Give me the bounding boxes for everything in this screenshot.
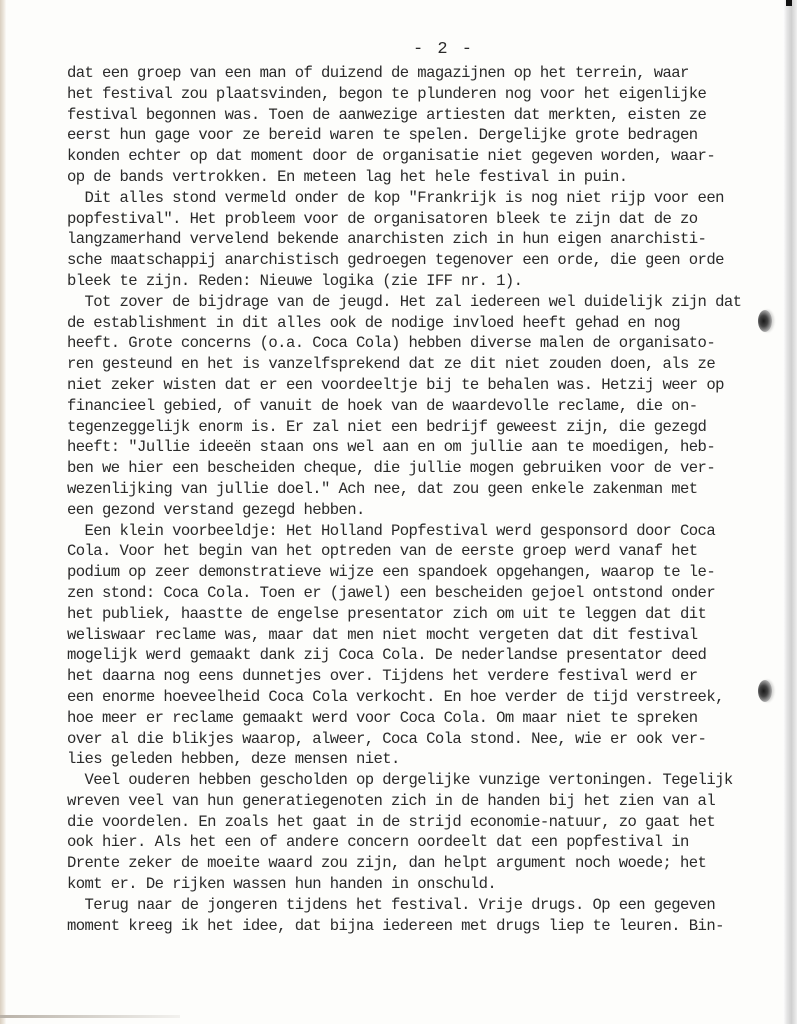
text-line: ren gesteund en het is vanzelfsprekend d… xyxy=(67,354,767,375)
text-line: eerst hun gage voor ze bereid waren te s… xyxy=(67,125,767,146)
text-line: komt er. De rijken wassen hun handen in … xyxy=(67,874,767,895)
paper-right-edge xyxy=(783,0,797,1024)
text-line: Dit alles stond vermeld onder de kop "Fr… xyxy=(67,188,767,209)
paper-left-edge xyxy=(0,0,6,1024)
punch-hole-icon xyxy=(758,310,772,332)
text-line: het daarna nog eens dunnetjes over. Tijd… xyxy=(67,666,767,687)
text-line: Een klein voorbeeldje: Het Holland Popfe… xyxy=(67,521,767,542)
scan-smudge xyxy=(0,1015,180,1018)
text-line: Drente zeker de moeite waard zou zijn, d… xyxy=(67,853,767,874)
text-line: Cola. Voor het begin van het optreden va… xyxy=(67,541,767,562)
text-line: bleek te zijn. Reden: Nieuwe logika (zie… xyxy=(67,271,767,292)
text-line: langzamerhand vervelend bekende anarchis… xyxy=(67,229,767,250)
text-line: financieel gebied, of vanuit de hoek van… xyxy=(67,396,767,417)
text-line: dat een groep van een man of duizend de … xyxy=(67,63,767,84)
text-line: over al die blikjes waarop, alweer, Coca… xyxy=(67,729,767,750)
text-line: een enorme hoeveelheid Coca Cola verkoch… xyxy=(67,687,767,708)
text-line: het festival zou plaatsvinden, begon te … xyxy=(67,84,767,105)
text-line: de establishment in dit alles ook de nod… xyxy=(67,313,767,334)
punch-hole-icon xyxy=(758,680,772,702)
text-line: niet zeker wisten dat er een voordeeltje… xyxy=(67,375,767,396)
text-line: ook hier. Als het een of andere concern … xyxy=(67,832,767,853)
text-line: konden echter op dat moment door de orga… xyxy=(67,146,767,167)
text-line: sche maatschappij anarchistisch gedroege… xyxy=(67,250,767,271)
text-line: wezenlijking van jullie doel." Ach nee, … xyxy=(67,479,767,500)
text-line: zen stond: Coca Cola. Toen er (jawel) ee… xyxy=(67,583,767,604)
text-line: moment kreeg ik het idee, dat bijna iede… xyxy=(67,916,767,937)
text-line: popfestival". Het probleem voor de organ… xyxy=(67,209,767,230)
typewritten-body: dat een groep van een man of duizend de … xyxy=(67,63,767,936)
text-line: ben we hier een bescheiden cheque, die j… xyxy=(67,458,767,479)
text-line: festival begonnen was. Toen de aanwezige… xyxy=(67,105,767,126)
text-line: op de bands vertrokken. En meteen lag he… xyxy=(67,167,767,188)
text-line: lies geleden hebben, deze mensen niet. xyxy=(67,749,767,770)
text-line: mogelijk werd gemaakt dank zij Coca Cola… xyxy=(67,645,767,666)
text-line: weliswaar reclame was, maar dat men niet… xyxy=(67,625,767,646)
text-line: podium op zeer demonstratieve wijze een … xyxy=(67,562,767,583)
text-line: hoe meer er reclame gemaakt werd voor Co… xyxy=(67,708,767,729)
text-line: heeft: "Jullie ideeën staan ons wel aan … xyxy=(67,437,767,458)
text-line: heeft. Grote concerns (o.a. Coca Cola) h… xyxy=(67,333,767,354)
text-line: het publiek, haastte de engelse presenta… xyxy=(67,604,767,625)
text-line: Terug naar de jongeren tijdens het festi… xyxy=(67,895,767,916)
text-line: die voordelen. En zoals het gaat in de s… xyxy=(67,812,767,833)
text-line: wreven veel van hun generatiegenoten zic… xyxy=(67,791,767,812)
text-line: Tot zover de bijdrage van de jeugd. Het … xyxy=(67,292,767,313)
text-line: tegenzeggelijk enorm is. Er zal niet een… xyxy=(67,417,767,438)
text-line: Veel ouderen hebben gescholden op dergel… xyxy=(67,770,767,791)
text-line: een gezond verstand gezegd hebben. xyxy=(67,500,767,521)
page-number: - 2 - xyxy=(0,40,797,59)
